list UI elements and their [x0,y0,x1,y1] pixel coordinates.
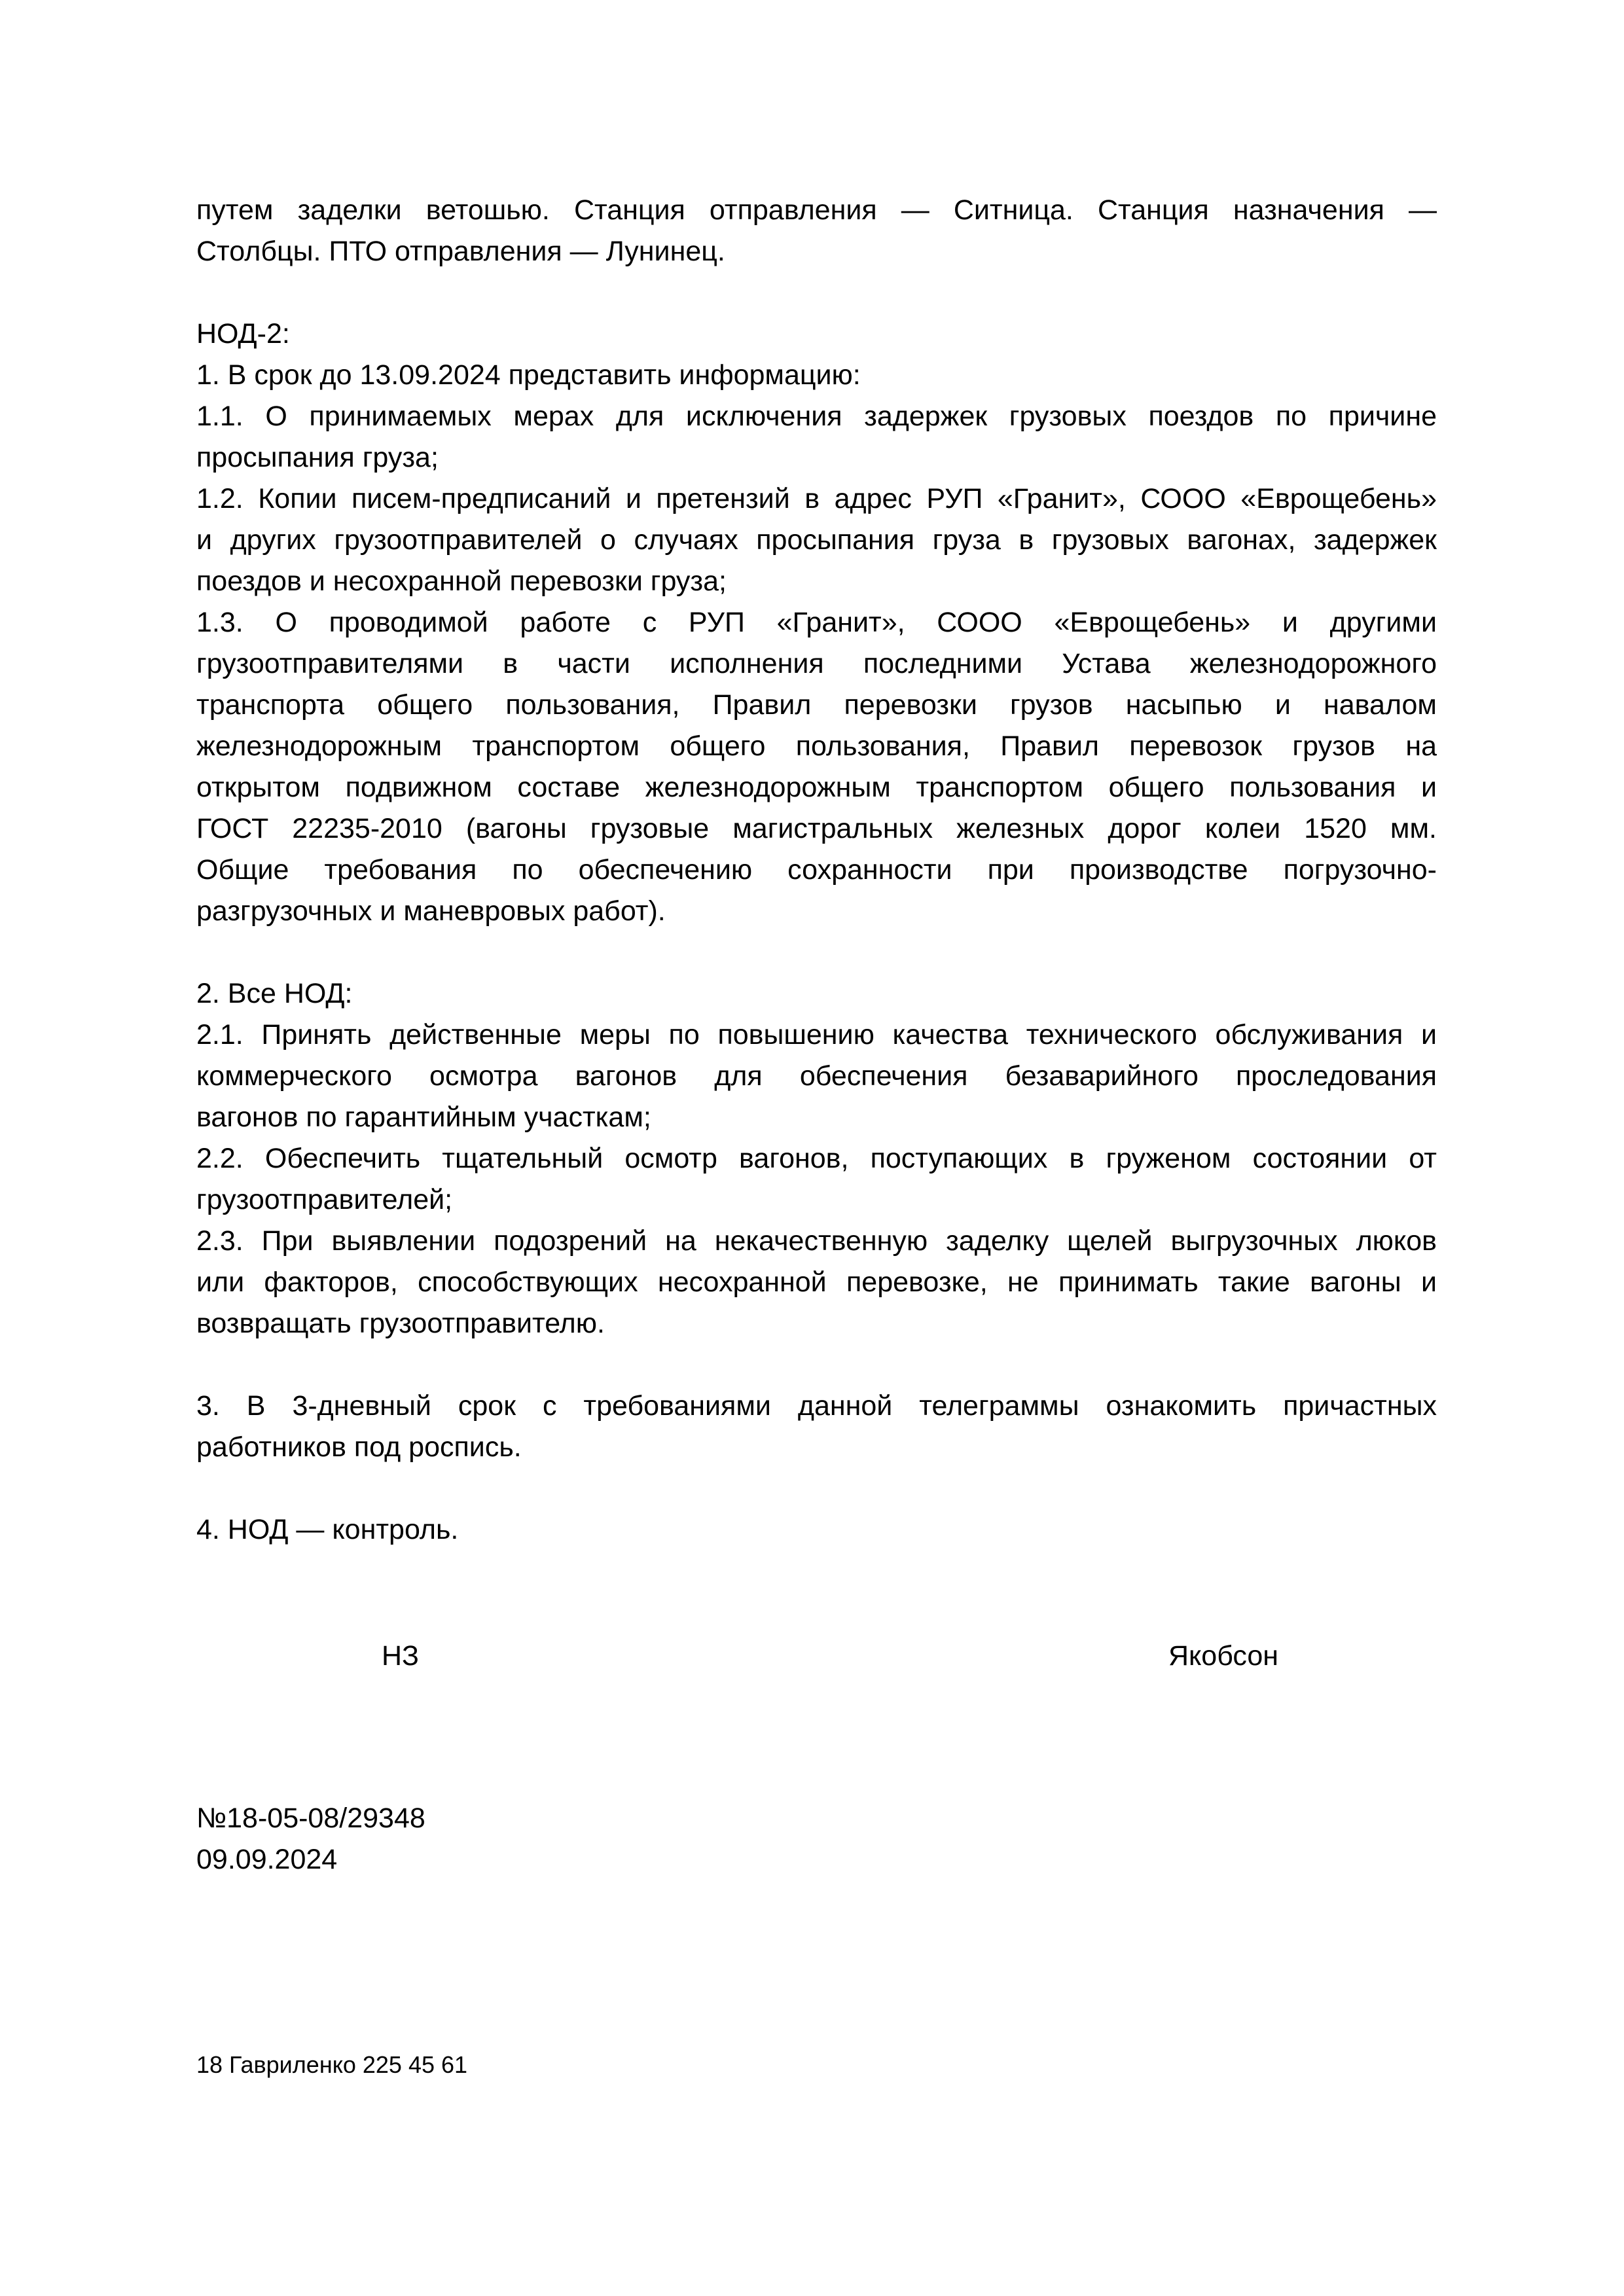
text-line: 1.3. О проводимой работе с РУП «Гранит»,… [196,602,1437,643]
text-line: 2.2. Обеспечить тщательный осмотр вагоно… [196,1138,1437,1179]
paragraph: 3. В 3-дневный срок с требованиями данно… [196,1386,1437,1468]
text-line: поездов и несохранной перевозки груза; [196,561,1437,602]
text-line: 2.1. Принять действенные меры по повышен… [196,1014,1437,1056]
text-line: 2.3. При выявлении подозрений на некачес… [196,1221,1437,1262]
text-line: и других грузоотправителей о случаях про… [196,520,1437,561]
paragraph: 1.2. Копии писем-предписаний и претензий… [196,478,1437,602]
paragraph: 1.3. О проводимой работе с РУП «Гранит»,… [196,602,1437,932]
reference-block: №18-05-08/29348 09.09.2024 [196,1798,1437,1880]
text-line: путем заделки ветошью. Станция отправлен… [196,190,1437,231]
text-line: 3. В 3-дневный срок с требованиями данно… [196,1386,1437,1427]
text-line: НОД-2: [196,314,1437,355]
text-line: Столбцы. ПТО отправления — Лунинец. [196,231,1437,272]
signature-position-label: НЗ [382,1636,419,1677]
text-line: 1.2. Копии писем-предписаний и претензий… [196,478,1437,520]
document-page: путем заделки ветошью. Станция отправлен… [0,0,1624,2296]
text-line: коммерческого осмотра вагонов для обеспе… [196,1056,1437,1097]
paragraph: 2. Все НОД: [196,973,1437,1014]
text-line: возвращать грузоотправителю. [196,1303,1437,1344]
text-line: транспорта общего пользования, Правил пе… [196,685,1437,726]
text-line: разгрузочных и маневровых работ). [196,891,1437,932]
text-line: 1.1. О принимаемых мерах для исключения … [196,396,1437,437]
text-line: ГОСТ 22235-2010 (вагоны грузовые магистр… [196,808,1437,850]
reference-number: №18-05-08/29348 [196,1798,1437,1839]
text-line: железнодорожным транспортом общего польз… [196,726,1437,767]
signature-name: Якобсон [1168,1636,1278,1677]
document-date: 09.09.2024 [196,1839,1437,1880]
paragraph: НОД-2: [196,314,1437,355]
paragraph-gap [196,932,1437,973]
paragraph-gap [196,1468,1437,1509]
paragraph: 1.1. О принимаемых мерах для исключения … [196,396,1437,478]
paragraph-gap [196,1344,1437,1386]
text-line: 4. НОД — контроль. [196,1509,1437,1551]
text-line: 2. Все НОД: [196,973,1437,1014]
text-line: грузоотправителей; [196,1179,1437,1221]
paragraph: 2.1. Принять действенные меры по повышен… [196,1014,1437,1138]
text-line: Общие требования по обеспечению сохранно… [196,850,1437,891]
executor-footer: 18 Гавриленко 225 45 61 [196,2044,1437,2085]
paragraph: 1. В срок до 13.09.2024 представить инфо… [196,355,1437,396]
paragraph: путем заделки ветошью. Станция отправлен… [196,190,1437,272]
paragraph: 2.2. Обеспечить тщательный осмотр вагоно… [196,1138,1437,1221]
document-body: путем заделки ветошью. Станция отправлен… [196,190,1437,1551]
text-line: просыпания груза; [196,437,1437,478]
text-line: работников под роспись. [196,1427,1437,1468]
text-line: вагонов по гарантийным участкам; [196,1097,1437,1138]
paragraph: 4. НОД — контроль. [196,1509,1437,1551]
signature-row: НЗ Якобсон [196,1636,1437,1677]
text-line: 1. В срок до 13.09.2024 представить инфо… [196,355,1437,396]
text-line: открытом подвижном составе железнодорожн… [196,767,1437,808]
text-line: грузоотправителями в части исполнения по… [196,643,1437,685]
paragraph-gap [196,272,1437,314]
text-line: или факторов, способствующих несохранной… [196,1262,1437,1303]
paragraph: 2.3. При выявлении подозрений на некачес… [196,1221,1437,1344]
